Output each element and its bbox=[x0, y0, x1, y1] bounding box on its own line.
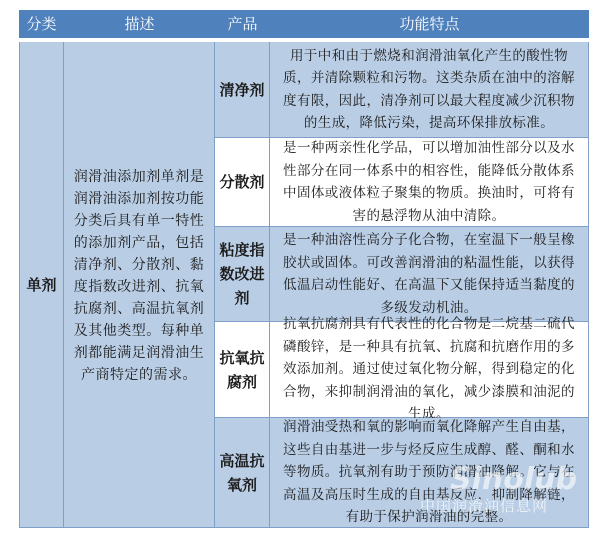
header-features: 功能特点 bbox=[270, 10, 589, 38]
header-category: 分类 bbox=[19, 10, 64, 38]
feature-cell-detergent: 用于中和由于燃烧和润滑油氧化产生的酸性物质，并清除颗粒和污物。这类杂质在油中的溶… bbox=[270, 42, 589, 138]
feature-cell-dispersant: 是一种两亲性化学品，可以增加油性部分以及水性部分在同一体系中的相容性，能降低分散… bbox=[270, 138, 589, 227]
watermark-logo: Sinolub bbox=[450, 462, 577, 497]
feature-cell-viscosity-improver: 是一种油溶性高分子化合物，在室温下一般呈橡胶状或固体。可改善润滑油的粘温性能，以… bbox=[270, 227, 589, 322]
product-cell-high-temp-antioxidant: 高温抗氧剂 bbox=[215, 418, 270, 528]
product-cell-viscosity-improver: 粘度指数改进剂 bbox=[215, 227, 270, 322]
feature-cell-antioxidant-anticorrosion: 抗氧抗腐剂具有代表性的化合物是二烷基二硫代磷酸锌，是一种具有抗氧、抗腐和抗磨作用… bbox=[270, 322, 589, 418]
additive-table: 分类 描述 产品 功能特点 单剂 润滑油添加剂单剂是润滑油添加剂按功能分类后具有… bbox=[19, 10, 589, 528]
header-product: 产品 bbox=[215, 10, 270, 38]
header-description: 描述 bbox=[64, 10, 215, 38]
product-cell-antioxidant-anticorrosion: 抗氧抗腐剂 bbox=[215, 322, 270, 418]
watermark-text: 中国润滑油信息网 bbox=[420, 495, 548, 516]
category-cell: 单剂 bbox=[19, 42, 64, 528]
product-cell-detergent: 清净剂 bbox=[215, 42, 270, 138]
product-cell-dispersant: 分散剂 bbox=[215, 138, 270, 227]
table-header: 分类 描述 产品 功能特点 bbox=[19, 10, 589, 38]
description-cell: 润滑油添加剂单剂是润滑油添加剂按功能分类后具有单一特性的添加剂产品，包括清净剂、… bbox=[64, 42, 215, 528]
